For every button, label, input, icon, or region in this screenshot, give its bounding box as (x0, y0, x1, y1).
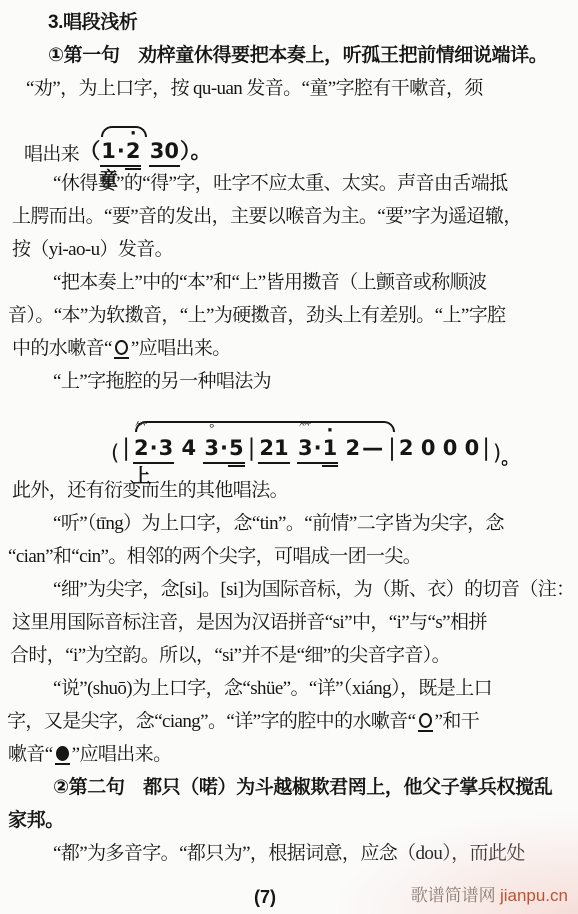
notation-text: ) (493, 441, 501, 465)
text-line: “把本奏上”中的“本”和“上”皆用擞音（上颤音或称顺波 (0, 266, 578, 299)
text-line: “上”字拖腔的另一种唱法为 (0, 365, 578, 398)
dash-line: — (360, 436, 385, 460)
duration-dot: · (313, 436, 323, 460)
octave-dot: · (130, 129, 137, 139)
text-line: 按（yi-ao-u）发音。 (0, 233, 578, 266)
watermark-site-url: jianpu.cn (500, 886, 568, 905)
jianpu-note: 5 (229, 438, 244, 459)
text-line: “细”为尖字，念[si]。[si]为国际音标，为（斯、衣）的切音（注： (0, 573, 578, 606)
lyric-char: 童 (99, 170, 118, 189)
duration-dot: · (149, 436, 159, 460)
text-line: 此外，还有衍变而生的其他唱法。 (0, 474, 578, 507)
jianpu-phrase-1: （1童·2· 30）。 (79, 139, 211, 167)
text-line: “说”(shuō)为上口字，念“shüe”。“详”（xiáng），既是上口 (0, 672, 578, 705)
jianpu-note: 1童 (101, 141, 116, 162)
notation-line-1: 唱出来（1童·2· 30）。 (0, 105, 578, 167)
jianpu-phrase-2: (|2⺮上·3 4 3°·5|21 3⺮·1· 2—|2 0 0 0|)。 (111, 436, 519, 464)
barline: | (119, 435, 133, 461)
notation-text: ）。 (180, 139, 212, 163)
text-line: 上腭而出。“要”音的发出，主要以喉音为主。“要”字为遥迢辙， (0, 200, 578, 233)
text-line: 字，又是尖字，念“ciang”。“详”字的腔中的水嗽音“”和干 (0, 705, 578, 738)
octave-dot: · (326, 426, 333, 436)
jianpu-note: 3° (204, 438, 219, 459)
duration-dot: · (219, 436, 229, 460)
extra-underline (228, 465, 245, 467)
notation-text (141, 139, 148, 163)
watermark: 歌谱简谱网 jianpu.cn (411, 881, 568, 906)
beam-group: 21 (258, 438, 289, 464)
ornament-mark: ⺮ (135, 422, 148, 434)
extra-underline (125, 168, 142, 170)
second-phrase-heading-cont: 家邦。 (0, 804, 578, 837)
notation-text: 2 0 0 0 (399, 436, 479, 460)
notation-text: （ (79, 139, 100, 163)
jianpu-note: 2⺮上 (134, 438, 149, 459)
dry-sou-symbol (56, 746, 69, 761)
jianpu-note: 3 (159, 438, 174, 459)
text-segment: ”应唱出来。 (131, 338, 231, 359)
text-line: “cian”和“cin”。相邻的两个尖字，可唱成一团一尖。 (0, 540, 578, 573)
notation-text: 4 (174, 436, 203, 460)
beam-group: 3°·5 (203, 438, 244, 464)
barline: | (245, 435, 259, 461)
jianpu-tokens: （1童·2· 30）。 (79, 139, 211, 163)
second-phrase-heading: ②第二句 都只（喏）为斗越椒欺君罔上，他父子掌兵权搅乱 (0, 771, 578, 804)
beam-group: 2⺮上·3 (133, 438, 174, 464)
jianpu-note: 1 (274, 438, 289, 459)
barline: | (385, 435, 399, 461)
jianpu-note: 3 (150, 141, 165, 162)
watermark-site-name: 歌谱简谱网 (411, 886, 496, 905)
water-sou-symbol (115, 340, 128, 355)
jianpu-note: 2· (126, 141, 141, 162)
text-line: “听”（tīng）为上口字，念“tin”。“前情”二字皆为尖字，念 (0, 507, 578, 540)
notation-prefix: 唱出来 (24, 144, 79, 165)
lyric-char: 上 (132, 467, 151, 486)
document-page: 3.唱段浅析 ①第一句 劝梓童休得要把本奏上，听孤王把前情细说端详。 “劝”，为… (0, 0, 578, 914)
beam-group: 3⺮·1· (297, 438, 338, 464)
ornament-mark: ⺮ (299, 422, 312, 434)
first-phrase-heading: ①第一句 劝梓童休得要把本奏上，听孤王把前情细说端详。 (0, 39, 578, 72)
notation-text (290, 436, 297, 460)
jianpu-tokens: (|2⺮上·3 4 3°·5|21 3⺮·1· 2—|2 0 0 0|)。 (111, 436, 519, 460)
beam-group: 30 (149, 141, 180, 167)
text-line: 合时，“i”为空韵。所以，“si”并不是“细”的尖音字音）。 (0, 639, 578, 672)
text-line: “休得要”的“得”字，吐字不应太重、太实。声音由舌端抵 (0, 167, 578, 200)
notation-text: ( (111, 441, 119, 465)
ornament-mark: ° (209, 422, 214, 434)
text-segment: ”和干 (435, 711, 480, 732)
notation-text: 。 (501, 448, 519, 469)
beam-group: 1童·2· (100, 141, 141, 167)
text-segment: 字，又是尖字，念“ciang”。“详”字的腔中的水嗽音“ (7, 711, 416, 732)
text-line: 中的水嗽音“”应唱出来。 (0, 332, 578, 365)
text-line: 嗽音“”应唱出来。 (0, 738, 578, 771)
jianpu-note: 0 (164, 141, 179, 162)
jianpu-note: 2 (259, 438, 274, 459)
slur-arc (101, 126, 147, 137)
text-segment: 嗽音“ (8, 744, 53, 765)
slur-arc (135, 421, 395, 432)
text-line: “都”为多音字。“都只为”，根据词意，应念（dou），而此处 (0, 837, 578, 870)
text-line: 音）。“本”为软擞音，“上”为硬擞音，劲头上有差别。“上”字腔 (0, 299, 578, 332)
notation-line-2: (|2⺮上·3 4 3°·5|21 3⺮·1· 2—|2 0 0 0|)。 (0, 398, 578, 474)
jianpu-note: 1· (323, 438, 338, 459)
barline: | (479, 435, 493, 461)
text-line: 这里用国际音标注音，是因为汉语拼音“si”中，“i”与“s”相拼 (0, 606, 578, 639)
text-segment: ”应唱出来。 (72, 744, 172, 765)
duration-dot: · (116, 139, 126, 163)
text-line: “劝”，为上口字，按 qu-uan 发音。“童”字腔有干嗽音，须 (0, 72, 578, 105)
section-heading: 3.唱段浅析 (0, 6, 578, 39)
notation-text: 2 (338, 436, 360, 460)
jianpu-note: 3⺮ (298, 438, 313, 459)
text-segment: 中的水嗽音“ (12, 338, 112, 359)
water-sou-symbol (419, 713, 432, 728)
extra-underline (322, 465, 339, 467)
